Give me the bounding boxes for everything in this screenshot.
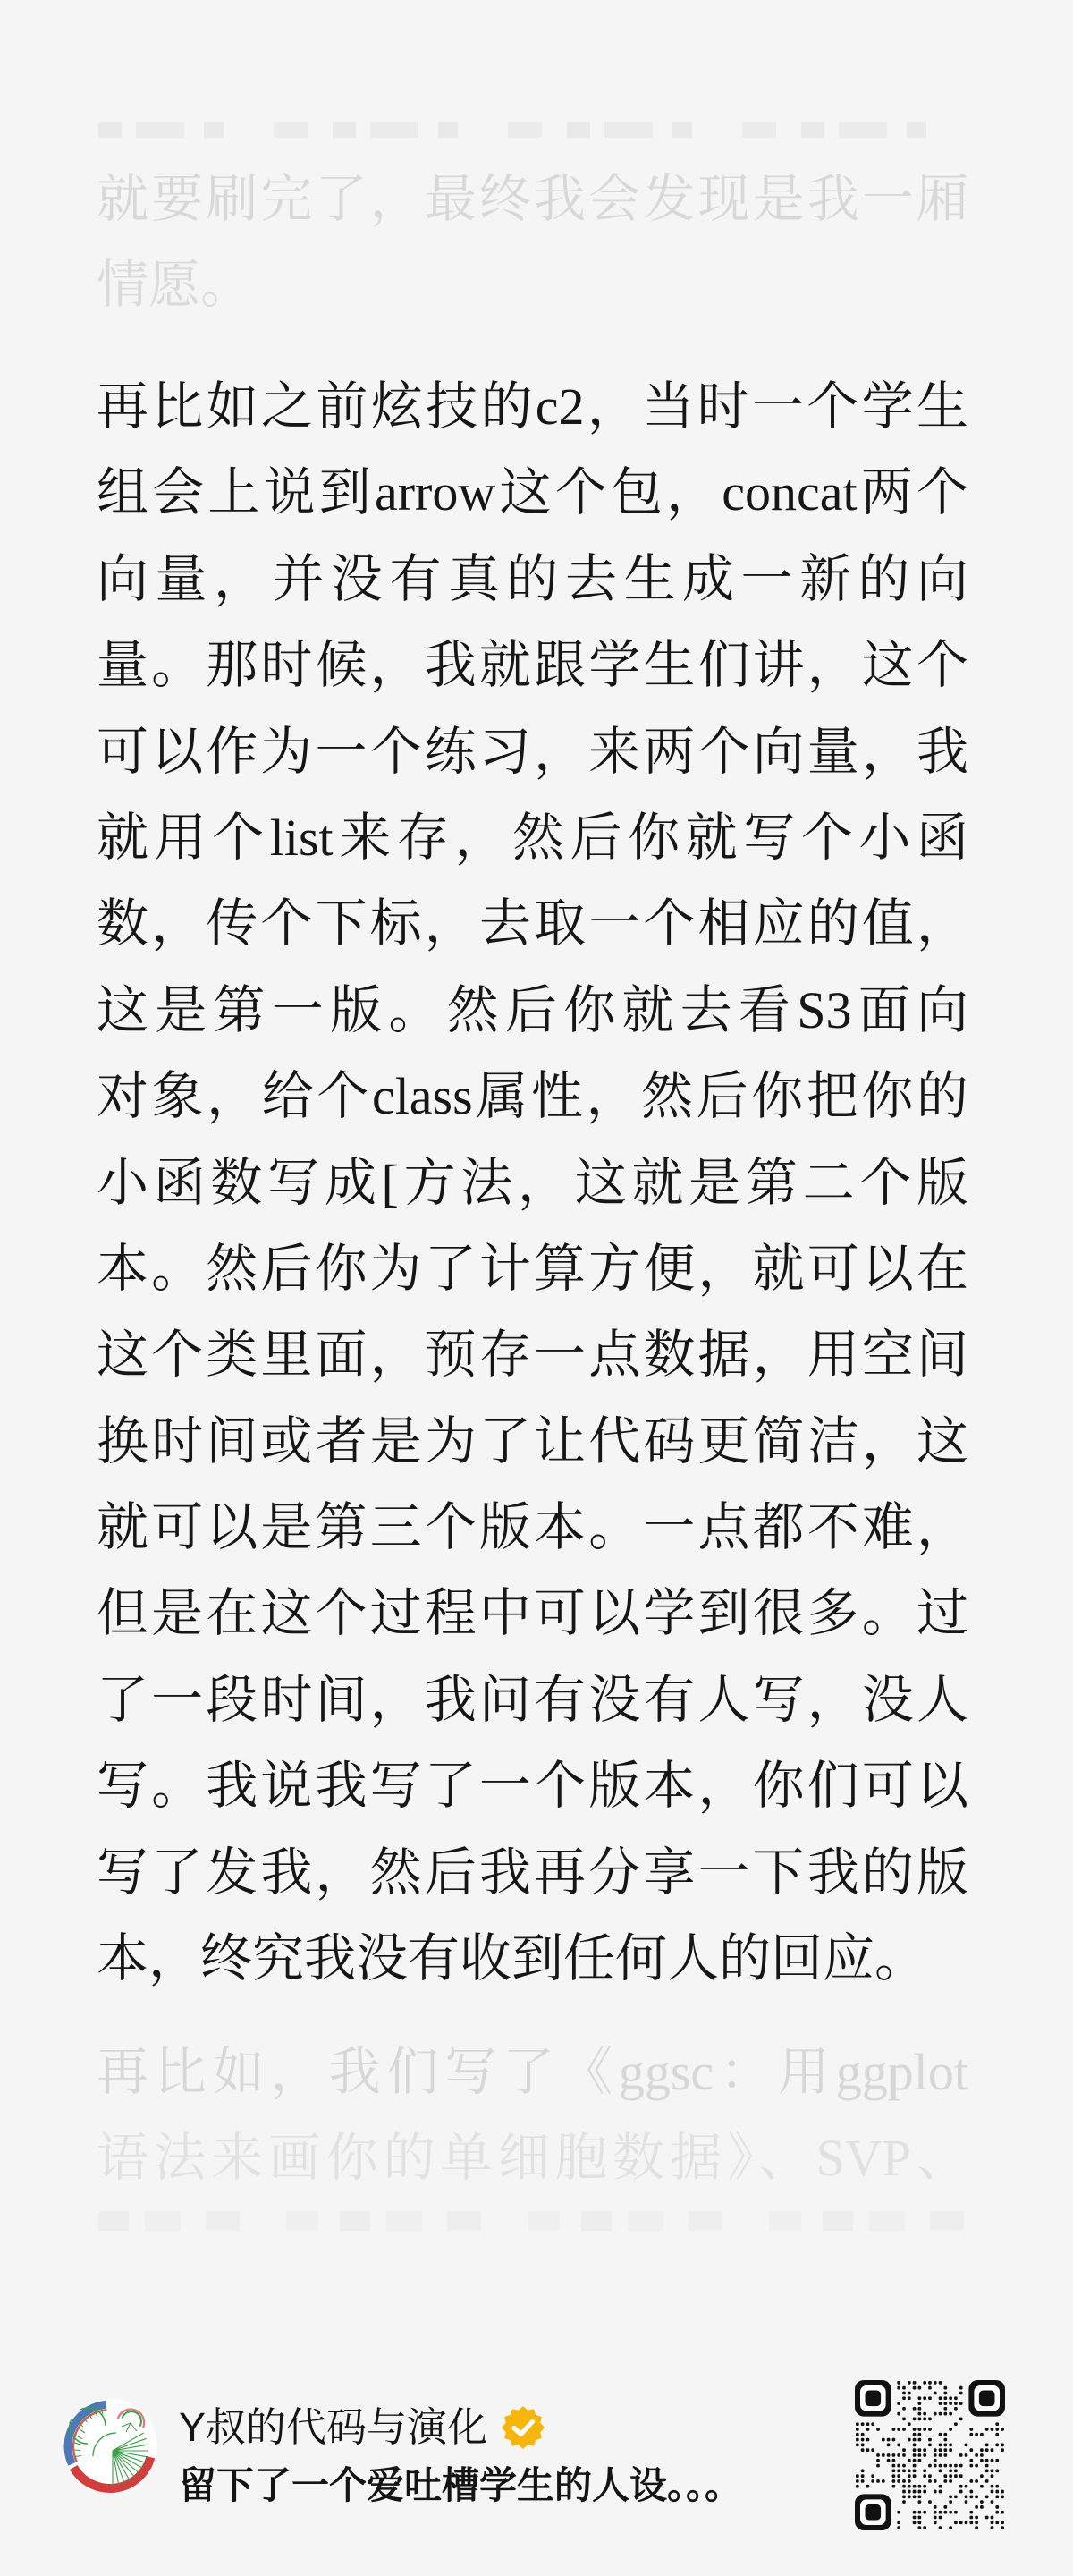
qr-finder-top-left xyxy=(855,2380,891,2417)
faded-top-line: 情愿。 xyxy=(97,242,968,328)
faded-bottom-line: 语法来画你的单细胞数据》、SVP、 xyxy=(97,2115,968,2201)
paragraph-line: 组会上说到arrow这个包，concat两个 xyxy=(97,450,968,536)
paragraph-line: 数，传个下标，去取一个相应的值， xyxy=(97,881,968,967)
account-name: Y叔的代码与演化 xyxy=(179,2402,487,2453)
share-footer: Y叔的代码与演化 留下了一个爱吐槽学生的人设。。。 xyxy=(0,2370,1073,2576)
paragraph-line: 写了发我，然后我再分享一下我的版 xyxy=(97,1830,968,1916)
paragraph-line: 本，终究我没有收到任何人的回应。 xyxy=(97,1916,968,2002)
paragraph-line: 但是在这个过程中可以学到很多。过 xyxy=(97,1571,968,1657)
paragraph-line: 就用个list来存，然后你就写个小函 xyxy=(97,795,968,881)
footer-text-block: Y叔的代码与演化 留下了一个爱吐槽学生的人设。。。 xyxy=(179,2402,742,2508)
account-row: Y叔的代码与演化 xyxy=(179,2402,742,2453)
paragraph-line: 可以作为一个练习，来两个向量，我 xyxy=(97,709,968,795)
paragraph-line: 对象，给个class属性，然后你把你的 xyxy=(97,1054,968,1140)
faded-paragraph-bottom: 再比如，我们写了《ggsc：用ggplot 语法来画你的单细胞数据》、SVP、 xyxy=(97,2029,968,2202)
qr-code xyxy=(855,2380,1005,2530)
paragraph-line: 量。那时候，我就跟学生们讲，这个 xyxy=(97,623,968,708)
faded-top-line: 就要刷完了，最终我会发现是我一厢 xyxy=(97,157,968,242)
faded-bottom-line: 再比如，我们写了《ggsc：用ggplot xyxy=(97,2029,968,2115)
cropped-line-fragments-bottom xyxy=(98,2211,964,2231)
paragraph-line: 写。我说我写了一个版本，你们可以 xyxy=(97,1743,968,1829)
cropped-line-fragments-top xyxy=(98,122,964,138)
paragraph-line: 换时间或者是为了让代码更简洁，这 xyxy=(97,1399,968,1485)
paragraph-line: 这个类里面，预存一点数据，用空间 xyxy=(97,1312,968,1398)
paragraph-line: 这是第一版。然后你就去看S3面向 xyxy=(97,968,968,1054)
faded-paragraph-top: 就要刷完了，最终我会发现是我一厢 情愿。 xyxy=(97,157,968,329)
paragraph-line: 了一段时间，我问有没有人写，没人 xyxy=(97,1657,968,1743)
paragraph-line: 就可以是第三个版本。一点都不难， xyxy=(97,1485,968,1571)
qr-finder-bottom-left xyxy=(855,2494,891,2530)
paragraph-line: 再比如之前炫技的c2，当时一个学生 xyxy=(97,364,968,450)
paragraph-line: 向量，并没有真的去生成一新的向 xyxy=(97,537,968,623)
verified-badge-icon xyxy=(502,2406,545,2449)
main-paragraph: 再比如之前炫技的c2，当时一个学生 组会上说到arrow这个包，concat两个… xyxy=(97,364,968,2002)
paragraph-line: 小函数写成[方法，这就是第二个版 xyxy=(97,1140,968,1226)
account-avatar xyxy=(63,2399,157,2494)
qr-finder-top-right xyxy=(968,2380,1005,2417)
account-tagline: 留下了一个爱吐槽学生的人设。。。 xyxy=(179,2463,742,2508)
circular-phylogenetic-tree-icon xyxy=(63,2399,157,2494)
paragraph-line: 本。然后你为了计算方便，就可以在 xyxy=(97,1226,968,1312)
